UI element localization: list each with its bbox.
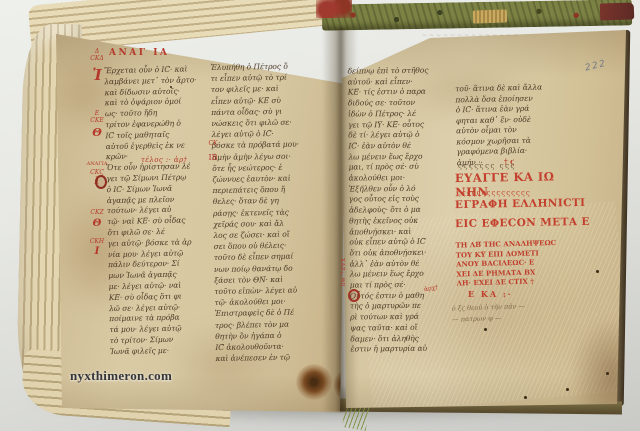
gutter-margin-rubric: ΧΑΡ†ΘΕ [335, 258, 345, 302]
colophon-small-lines: ΤΗ ΛΒ̅ ΤΗϹ ΑΝΑΛΗΨΕΩϹ ΤΟΥ ΚΥ̅ ΕΠΙ ΔΟΜΕΤΙ … [455, 237, 576, 288]
speck [524, 396, 527, 399]
manuscript-photo: ΑΝΑΓ ΙΑ Δ ϹΚΔ Ἰ Ε ϹΚΕ Θ ΑΝΑΓΙΑ ϹΚϚ Ι ϹΚΖ… [0, 0, 640, 431]
cover-cloth-red-threads [316, 0, 352, 18]
left-page-column-1: Ἔρχεται οὖν ὁ ΙϹ̅· καὶ λαμβάνει μετ᾽ τὸν… [104, 64, 222, 358]
colophon-end-mark: Ε ΚΑ :· [468, 289, 513, 299]
watermark: nyxthimeron.com [70, 368, 172, 384]
speck [484, 328, 487, 331]
left-page-column-2: Ἐλυπήθη ὁ Πέτρος ὅ τι εἶπεν αὐτῷ τὸ τρί … [210, 60, 331, 364]
margin-mark: Δ [82, 48, 112, 55]
telos-rubric: τέλος :· ἀρ† [141, 156, 187, 164]
right-page-column-1: δείπνῳ ἐπὶ τὸ στῆθος αὐτοῦ· καὶ εἶπεν· Κ… [347, 65, 456, 355]
speck [566, 388, 569, 391]
scribal-divider: ςςςςςςςςςςςςςςς [457, 189, 531, 197]
scribal-divider: ςςςςςςς ςςς [458, 162, 516, 170]
rubric-initial-omicron [95, 175, 107, 189]
left-page-rubric-heading: ΑΝΑΓ ΙΑ [109, 48, 169, 58]
rubric-initial-omicron [348, 289, 360, 302]
colophon-line-1: ΕΓΡΑΦΗ ΕΛΛΗΝΙϹΤΙ [455, 197, 586, 211]
faded-top-writing: ~~~~~~~~~~~~~~ [422, 32, 520, 39]
margin-mark: ϹΚΔ [82, 55, 112, 62]
cover-corner [600, 2, 635, 20]
cover-cloth-gold-patch [473, 9, 507, 23]
margin-mark: ΙΒ [204, 153, 222, 162]
right-page-column-2: τοῦ· ἅτινα δὲ καὶ ἄλλα πολλὰ ὅσα ἐποίησε… [455, 82, 585, 169]
speck [606, 372, 609, 375]
speck [596, 270, 599, 273]
margin-mark: ϹΚ [204, 140, 222, 147]
colophon-line-2: ΕΙϹ ΕΦΕϹΟΝ ΜΕΤΑ Ε [455, 216, 590, 230]
